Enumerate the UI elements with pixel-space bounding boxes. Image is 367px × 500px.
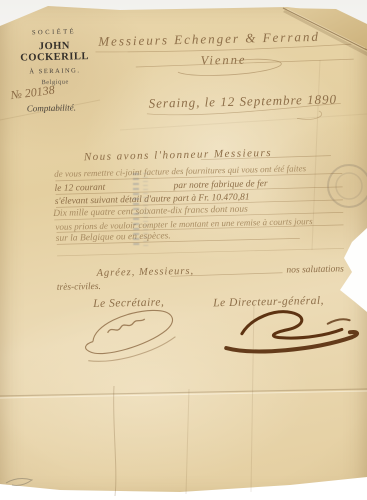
director-signature: [225, 310, 357, 352]
salutation-right: nos salutations: [286, 265, 343, 276]
body-line: sur la Belgique ou en espèces.: [56, 232, 171, 244]
body-line: le 12 courant: [54, 184, 105, 195]
letterhead: SOCIÉTÉ JOHN COCKERILL À SERAING. Belgiq…: [7, 28, 102, 87]
recipient-name: Messieurs Echenger & Ferrand: [98, 30, 320, 48]
dateline: Seraing, le 12 Septembre 1890: [149, 92, 338, 109]
salutation-continuation: très-civiles.: [57, 283, 101, 293]
letterhead-societe: SOCIÉTÉ: [7, 28, 101, 37]
body-line: Nous avons l'honneur Messieurs: [84, 148, 272, 163]
salutation-left: Agréez, Messieurs,: [96, 267, 194, 280]
body-line: vous prions de vouloir compter le montan…: [55, 217, 312, 232]
vertical-postmark-icon: [132, 173, 149, 247]
recipient-city: Vienne: [201, 54, 247, 68]
letter-content: SOCIÉTÉ JOHN COCKERILL À SERAING. Belgiq…: [0, 0, 367, 500]
secretary-title: Le Secrétaire,: [93, 297, 164, 310]
scanned-letter: SOCIÉTÉ JOHN COCKERILL À SERAING. Belgiq…: [0, 0, 367, 500]
body-line: de vous remettre ci-joint facture des fo…: [54, 164, 306, 179]
letterhead-location: À SERAING.: [8, 67, 102, 76]
body-line: par notre fabrique de fer: [173, 180, 267, 192]
department-label: Comptabilité.: [27, 102, 76, 113]
director-title: Le Directeur-général,: [213, 296, 324, 310]
secretary-signature: [81, 306, 178, 365]
letterhead-company: JOHN COCKERILL: [7, 40, 101, 64]
